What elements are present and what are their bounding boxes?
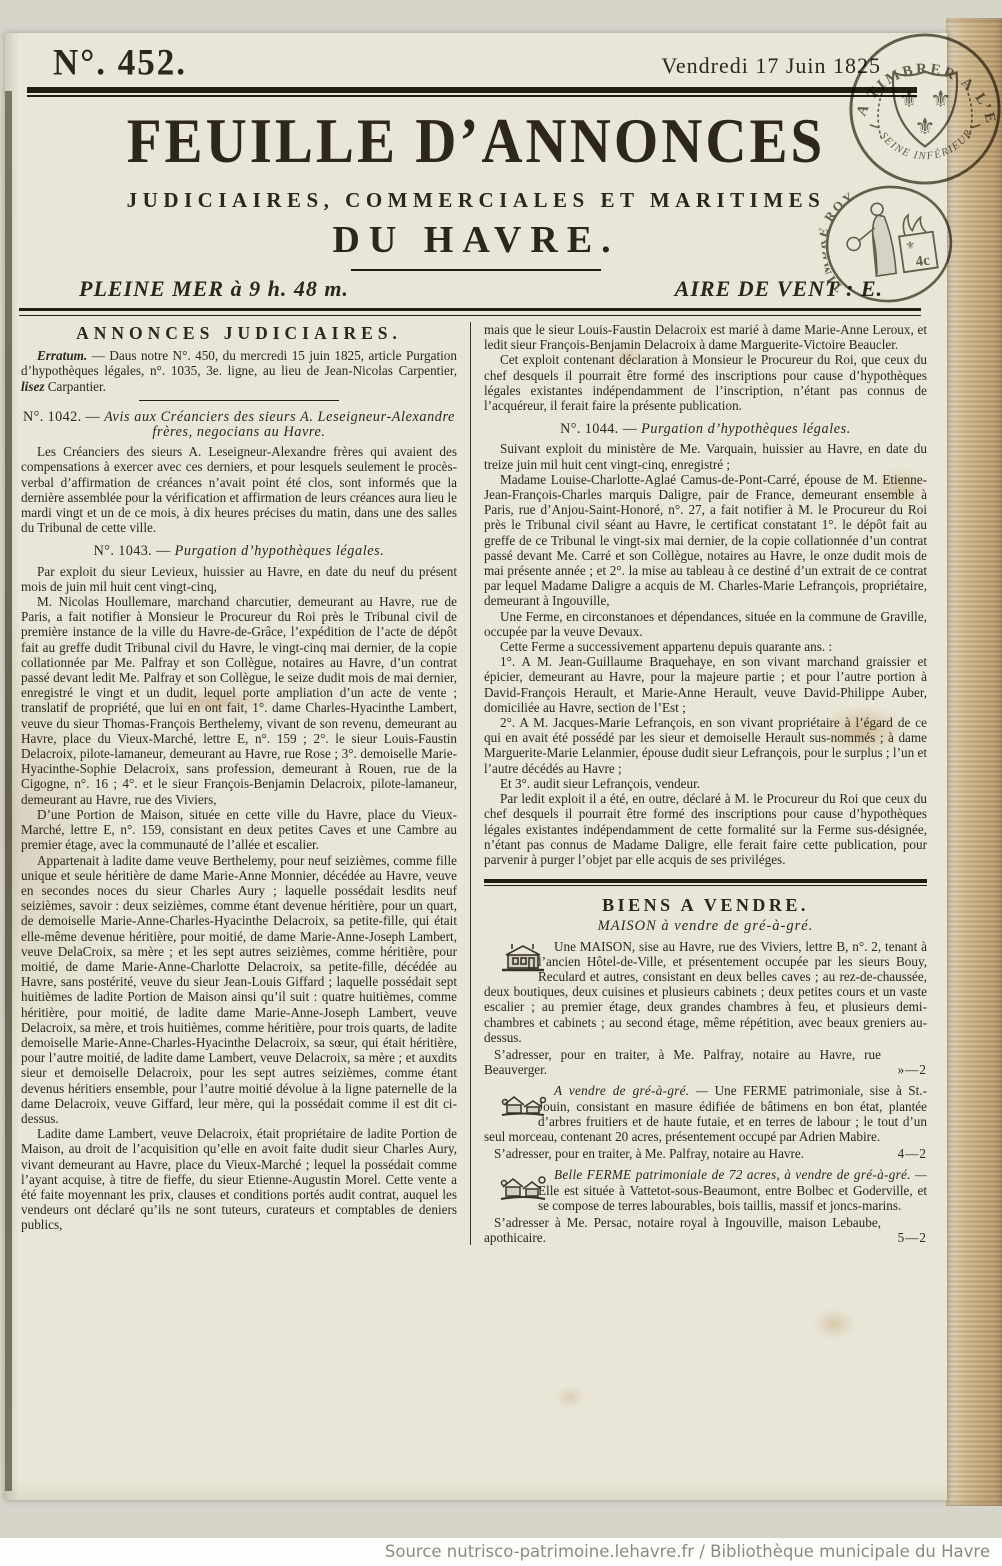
notice-1044-paragraph: Madame Louise-Charlotte-Aglaé Camus-de-P… <box>484 472 927 609</box>
issue-number: N°. 452. <box>53 42 187 84</box>
erratum-divider-rule <box>139 400 339 401</box>
notice-1044-paragraph: 2°. A M. Jacques-Marie Lefrançois, en so… <box>484 715 927 776</box>
notice-1043-paragraph: D’une Portion de Maison, située en cette… <box>21 807 457 853</box>
notice-1043-number: N°. 1043. — <box>94 543 171 559</box>
notice-1044-title: Purgation d’hypothèques légales. <box>641 421 851 437</box>
ad-ferme-vattetot-body: Belle FERME patrimoniale de 72 acres, à … <box>484 1167 927 1213</box>
erratum-lead: Erratum. <box>37 348 87 363</box>
svg-text:⚜: ⚜ <box>930 87 951 113</box>
masthead-rule-bottom <box>19 308 921 316</box>
notice-1043-paragraph: Par exploit du sieur Levieux, huissier a… <box>21 564 457 594</box>
notice-1044-paragraph: Et 3°. audit sieur Lefrançois, vendeur. <box>484 776 927 791</box>
notice-1042-number: N°. 1042. — <box>23 409 100 425</box>
paper-subtitle: JUDICIAIRES, COMMERCIALES ET MARITIMES <box>5 188 947 213</box>
biens-section-rule <box>484 879 927 886</box>
source-bar: Source nutrisco-patrimoine.lehavre.fr / … <box>0 1538 1002 1566</box>
right-column: mais que le sieur Louis-Faustin Delacroi… <box>471 322 927 1245</box>
biens-section-title: BIENS A VENDRE. <box>484 898 927 913</box>
erratum-body: — Daus notre N°. 450, du mercredi 15 jui… <box>21 348 457 378</box>
pedestal-icon: ⚜ 4c <box>896 212 937 272</box>
notice-1044-paragraph: 1°. A M. Jean-Guillaume Braquehaye, en s… <box>484 654 927 715</box>
stamp-denomination: 4c <box>915 253 932 271</box>
allegorical-figure-icon <box>842 202 897 280</box>
fleur-de-lis-icon: ⚜ <box>905 239 916 252</box>
ad-ferme-stjouin-contact-text: S’adresser, pour en traiter, à Me. Palfr… <box>494 1146 804 1161</box>
ad-maison-contact: S’adresser, pour en traiter, à Me. Palfr… <box>484 1047 927 1077</box>
ad-ferme-vattetot-contact-text: S’adresser à Me. Persac, notaire royal à… <box>484 1215 881 1245</box>
svg-text:⚜: ⚜ <box>899 87 920 113</box>
notice-1044-paragraph: Une Ferme, en circonstanoes et dépendanc… <box>484 609 927 639</box>
notice-1044-number: N°. 1044. — <box>560 421 637 437</box>
notice-1042-title: Avis aux Créanciers des sieurs A. Leseig… <box>104 409 455 440</box>
ad-ferme-stjouin: A vendre de gré-à-gré. — Une FERME patri… <box>484 1083 927 1161</box>
erratum-lisez: lisez <box>21 379 44 394</box>
paper-subtitle-city: DU HAVRE. <box>5 221 947 259</box>
ad-ferme-vattetot-contact: S’adresser à Me. Persac, notaire royal à… <box>484 1215 927 1245</box>
farm-icon <box>484 1085 530 1119</box>
masthead-top-row: N°. 452. Vendredi 17 Juin 1825 <box>5 43 947 83</box>
notice-1044-paragraph: Suivant exploit du ministère de Me. Varq… <box>484 441 927 471</box>
notice-1044-heading: N°. 1044. — Purgation d’hypothèques léga… <box>484 422 927 437</box>
masthead: N°. 452. Vendredi 17 Juin 1825 FEUILLE D… <box>5 33 947 316</box>
ad-maison-body: Une MAISON, sise au Havre, rue des Vivie… <box>484 939 927 1045</box>
ad-ferme-vattetot-ref: 5—2 <box>898 1230 927 1245</box>
ad-maison-text: Une MAISON, sise au Havre, rue des Vivie… <box>484 939 927 1045</box>
left-column: ANNONCES JUDICIAIRES. Erratum. — Daus no… <box>21 322 471 1245</box>
scan-background: N°. 452. Vendredi 17 Juin 1825 FEUILLE D… <box>0 0 1002 1566</box>
notice-1043-paragraph: M. Nicolas Houllemare, marchand charcuti… <box>21 594 457 807</box>
masthead-rule-top <box>27 87 917 97</box>
svg-text:⚜: ⚜ <box>914 115 935 141</box>
notice-1042-body: Les Créanciers des sieurs A. Leseigneur-… <box>21 444 457 535</box>
columns: ANNONCES JUDICIAIRES. Erratum. — Daus no… <box>5 316 947 1245</box>
notice-1043-paragraph: Appartenait à ladite dame veuve Berthele… <box>21 853 457 1127</box>
erratum: Erratum. — Daus notre N°. 450, du mercre… <box>21 348 457 394</box>
ad-ferme-vattetot: Belle FERME patrimoniale de 72 acres, à … <box>484 1167 927 1245</box>
ad-ferme-stjouin-body: A vendre de gré-à-gré. — Une FERME patri… <box>484 1083 927 1144</box>
notice-1043-continuation: mais que le sieur Louis-Faustin Delacroi… <box>484 322 927 352</box>
notice-1043-title: Purgation d’hypothèques légales. <box>175 543 385 559</box>
ad-maison-contact-text: S’adresser, pour en traiter, à Me. Palfr… <box>484 1047 881 1077</box>
fleur-de-lis-icon: ⚜ ⚜ ⚜ <box>899 87 952 141</box>
notice-1043-paragraph: Ladite dame Lambert, veuve Delacroix, ét… <box>21 1126 457 1232</box>
ad-ferme-vattetot-text: Elle est située à Vattetot-sous-Beaumont… <box>538 1183 927 1213</box>
ad-maison-subtitle: MAISON à vendre de gré-à-gré. <box>484 919 927 934</box>
oval-royal-stamp: TIMBRE ROYAL. ⚜ 4c <box>814 173 964 314</box>
farm-icon <box>484 1169 530 1203</box>
newspaper-page: N°. 452. Vendredi 17 Juin 1825 FEUILLE D… <box>5 33 947 1500</box>
notice-1043-continuation: Cet exploit contenant déclaration à Mons… <box>484 352 927 413</box>
notice-1042-heading: N°. 1042. — Avis aux Créanciers des sieu… <box>21 410 457 440</box>
notice-1044-paragraph: Par ledit exploit il a été, en outre, dé… <box>484 791 927 867</box>
source-text: Source nutrisco-patrimoine.lehavre.fr / … <box>385 1542 990 1561</box>
round-tax-stamp: A TIMBRER A L’E SEINE INFÉRIEURE ⚜ ⚜ ⚜ <box>846 30 1002 188</box>
notice-1043-heading: N°. 1043. — Purgation d’hypothèques léga… <box>21 544 457 559</box>
ad-maison-ref: »—2 <box>898 1062 927 1077</box>
erratum-tail: Carpantier. <box>44 379 106 394</box>
section-title-annonces: ANNONCES JUDICIAIRES. <box>21 326 457 341</box>
paper-title: FEUILLE D’ANNONCES <box>5 110 947 174</box>
ad-ferme-stjouin-contact: S’adresser, pour en traiter, à Me. Palfr… <box>484 1146 927 1161</box>
page-left-shadow-edge <box>5 91 12 1491</box>
ad-ferme-vattetot-lead: Belle FERME patrimoniale de 72 acres, à … <box>554 1167 927 1182</box>
house-icon <box>484 941 530 975</box>
tide-info: PLEINE MER à 9 h. 48 m. <box>79 276 349 302</box>
notice-1044-paragraph: Cette Ferme a successivement appartenu d… <box>484 639 927 654</box>
ad-ferme-stjouin-lead: A vendre de gré-à-gré. — <box>554 1083 708 1098</box>
ad-maison-subtitle-text: MAISON à vendre de gré-à-gré. <box>598 918 814 934</box>
masthead-info-row: PLEINE MER à 9 h. 48 m. AIRE DE VENT : E… <box>5 271 947 308</box>
ad-ferme-stjouin-ref: 4—2 <box>898 1146 927 1161</box>
ad-maison-viviers: MAISON à vendre de gré-à-gré. Une MAISON… <box>484 919 927 1077</box>
